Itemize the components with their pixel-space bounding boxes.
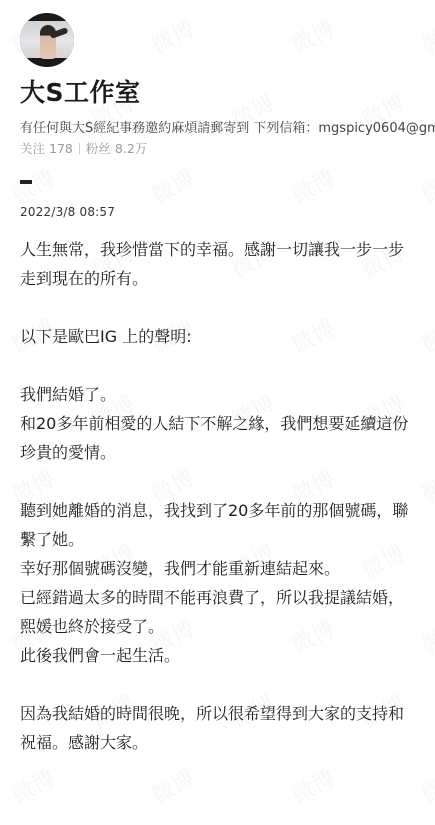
weibo-watermark-icon: 微博 bbox=[5, 161, 60, 210]
weibo-watermark-icon: 微博 bbox=[5, 761, 60, 810]
followers-stat[interactable]: 粉丝8.2万 bbox=[86, 139, 147, 157]
paragraph-gap bbox=[20, 293, 415, 322]
paragraph-gap bbox=[20, 670, 415, 699]
paragraph-gap bbox=[20, 351, 415, 380]
weibo-watermark-icon: 微博 bbox=[0, 686, 1, 735]
weibo-watermark-icon: 微博 bbox=[415, 11, 435, 60]
weibo-watermark-icon: 微博 bbox=[0, 236, 1, 285]
post-paragraph: 聽到她離婚的消息，我找到了20多年前的那個號碼，聯繫了她。 bbox=[20, 496, 415, 554]
profile-stats: 关注178 粉丝8.2万 bbox=[20, 139, 147, 157]
following-stat[interactable]: 关注178 bbox=[20, 139, 73, 157]
followers-label: 粉丝 bbox=[86, 141, 111, 156]
following-count: 178 bbox=[49, 141, 73, 156]
weibo-watermark-icon: 微博 bbox=[415, 611, 435, 660]
weibo-watermark-icon: 微博 bbox=[285, 11, 340, 60]
weibo-watermark-icon: 微博 bbox=[0, 536, 1, 585]
weibo-watermark-icon: 微博 bbox=[415, 761, 435, 810]
stats-divider bbox=[79, 143, 80, 154]
following-label: 关注 bbox=[20, 141, 45, 156]
weibo-watermark-icon: 微博 bbox=[145, 11, 200, 60]
weibo-watermark-icon: 微博 bbox=[285, 161, 340, 210]
post-paragraph: 人生無常，我珍惜當下的幸福。感謝一切讓我一步一步走到現在的所有。 bbox=[20, 235, 415, 293]
weibo-watermark-icon: 微博 bbox=[0, 86, 1, 135]
post-paragraph: 已經錯過太多的時間不能再浪費了，所以我提議結婚，熙媛也終於接受了。 bbox=[20, 583, 415, 641]
post-body: 人生無常，我珍惜當下的幸福。感謝一切讓我一步一步走到現在的所有。以下是歐巴IG … bbox=[20, 235, 415, 757]
weibo-watermark-icon: 微博 bbox=[0, 386, 1, 435]
post-timestamp: 2022/3/8 08:57 bbox=[20, 205, 115, 219]
post-paragraph: 和20多年前相愛的人結下不解之緣，我們想要延續這份珍貴的愛情。 bbox=[20, 409, 415, 467]
avatar-figure bbox=[40, 25, 56, 59]
section-divider-mark bbox=[20, 180, 32, 184]
paragraph-gap bbox=[20, 467, 415, 496]
followers-count: 8.2万 bbox=[115, 141, 147, 156]
weibo-watermark-icon: 微博 bbox=[285, 761, 340, 810]
post-paragraph: 幸好那個號碼沒變，我們才能重新連結起來。 bbox=[20, 554, 415, 583]
post-paragraph: 此後我們會一起生活。 bbox=[20, 641, 415, 670]
weibo-watermark-icon: 微博 bbox=[415, 161, 435, 210]
weibo-watermark-icon: 微博 bbox=[415, 311, 435, 360]
post-paragraph: 以下是歐巴IG 上的聲明: bbox=[20, 322, 415, 351]
weibo-watermark-icon: 微博 bbox=[145, 161, 200, 210]
avatar-photo-icon bbox=[20, 21, 74, 58]
post-paragraph: 我們結婚了。 bbox=[20, 380, 415, 409]
profile-name[interactable]: 大S工作室 bbox=[20, 73, 141, 109]
profile-bio: 有任何與大S經紀事務邀約麻煩請郵寄到 下列信箱：mgspicy0604@gmai… bbox=[20, 117, 435, 136]
avatar[interactable] bbox=[20, 13, 74, 67]
weibo-watermark-icon: 微博 bbox=[145, 761, 200, 810]
post-paragraph: 因為我結婚的時間很晚，所以很希望得到大家的支持和祝福。感謝大家。 bbox=[20, 699, 415, 757]
weibo-watermark-icon: 微博 bbox=[415, 461, 435, 510]
